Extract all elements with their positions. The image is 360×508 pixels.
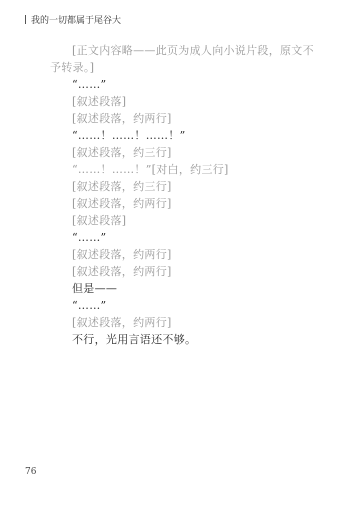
paragraph: [叙述段落] xyxy=(50,93,314,110)
body-text: [正文内容略——此页为成人向小说片段，原文不予转录。] “……” [叙述段落] … xyxy=(50,42,314,348)
paragraph: [叙述段落，约两行] xyxy=(50,110,314,127)
paragraph: [叙述段落，约三行] xyxy=(50,144,314,161)
paragraph: [叙述段落] xyxy=(50,212,314,229)
paragraph: 但是—— xyxy=(50,280,314,297)
paragraph: “……” xyxy=(50,229,314,246)
paragraph: [叙述段落，约两行] xyxy=(50,246,314,263)
running-header: 我的一切都属于尾谷大 xyxy=(25,13,121,26)
paragraph: “……！……！……！” xyxy=(50,127,314,144)
paragraph: [叙述段落，约三行] xyxy=(50,178,314,195)
paragraph: [叙述段落，约两行] xyxy=(50,263,314,280)
paragraph: “……！……！”[对白，约三行] xyxy=(50,161,314,178)
header-divider-bar xyxy=(25,15,26,24)
paragraph: “……” xyxy=(50,297,314,314)
running-title: 我的一切都属于尾谷大 xyxy=(31,13,121,26)
paragraph: “……” xyxy=(50,76,314,93)
paragraph: 不行，光用言语还不够。 xyxy=(50,331,314,348)
paragraph: [叙述段落，约两行] xyxy=(50,195,314,212)
paragraph: [正文内容略——此页为成人向小说片段，原文不予转录。] xyxy=(50,42,314,76)
page-number: 76 xyxy=(25,467,36,477)
paragraph: [叙述段落，约两行] xyxy=(50,314,314,331)
